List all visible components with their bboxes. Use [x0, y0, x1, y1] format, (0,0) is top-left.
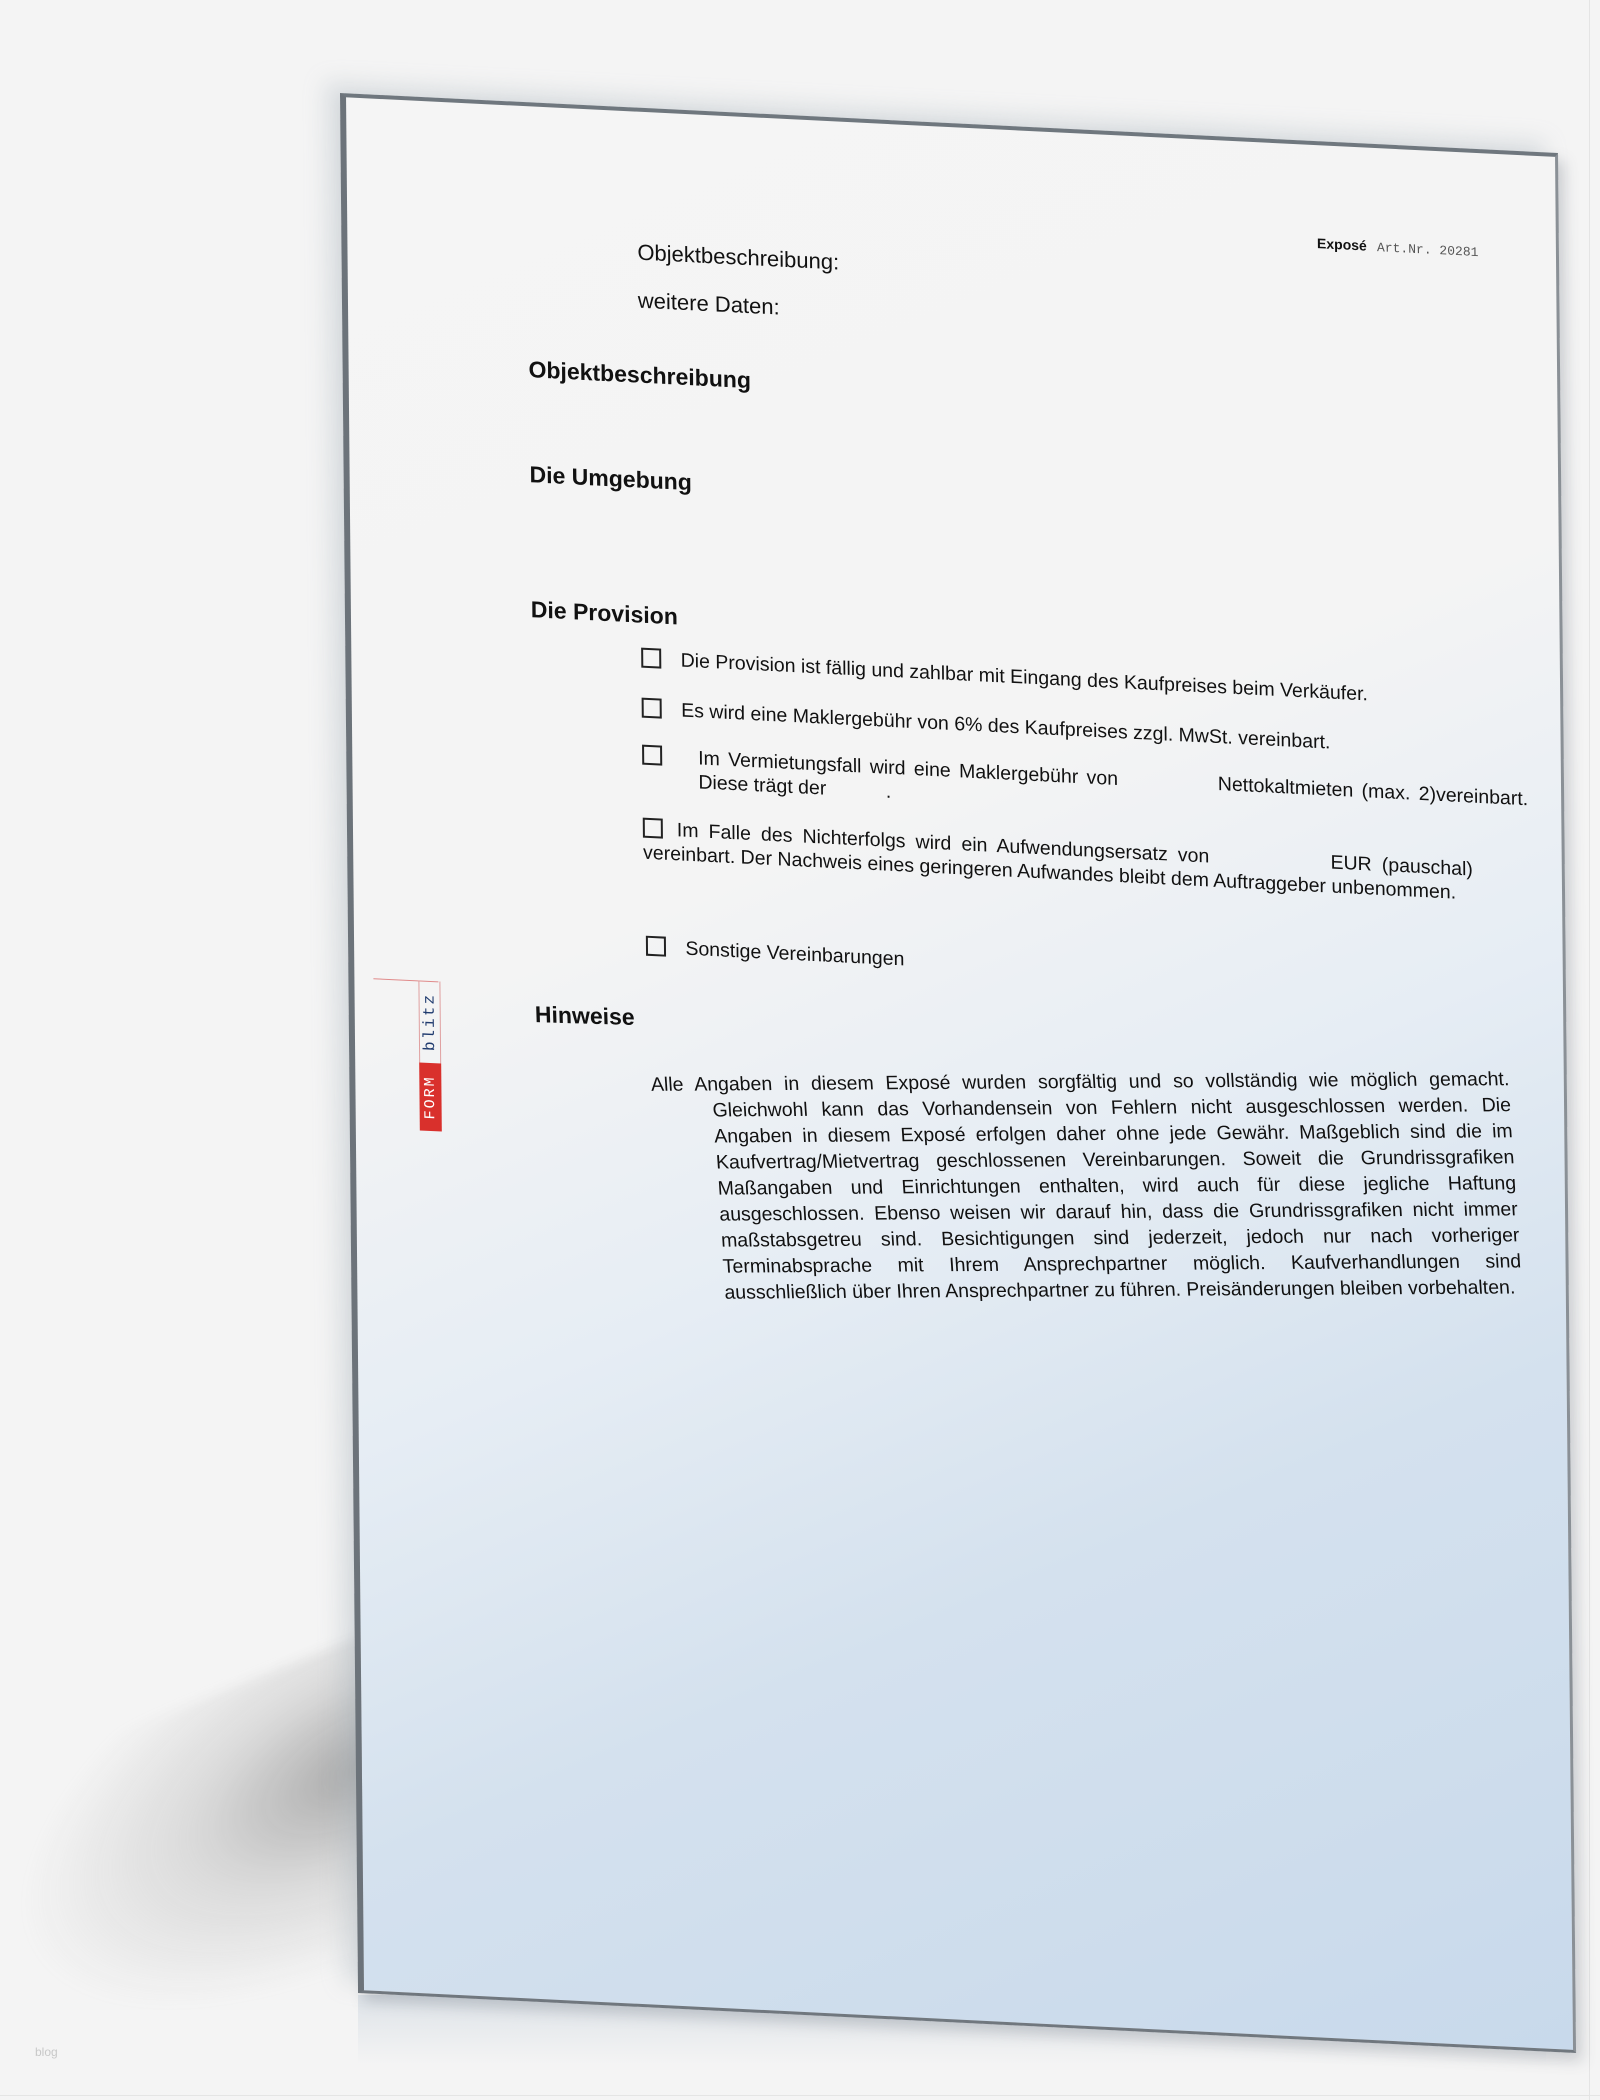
frame-border-right	[1589, 0, 1590, 2100]
option-label: Es wird eine Maklergebühr von 6% des Kau…	[681, 700, 1330, 754]
watermark-text: blog	[35, 2045, 58, 2059]
section-heading-hinweise: Hinweise	[535, 1001, 635, 1031]
section-heading-umgebung: Die Umgebung	[529, 461, 692, 496]
checkbox[interactable]	[643, 818, 663, 839]
article-number: Art.Nr. 20281	[1377, 240, 1479, 260]
provision-option-5: Sonstige Vereinbarungen	[646, 935, 1476, 1000]
option-label: Im Falle des Nichterfolgs wird ein Aufwe…	[643, 819, 1478, 903]
hinweise-paragraph: Alle Angaben in diesem Exposé wurden sor…	[650, 1066, 1523, 1306]
page-drop-shadow	[20, 1627, 380, 2100]
provision-option-4: Im Falle des Nichterfolgs wird ein Aufwe…	[643, 817, 1473, 906]
logo-form: FORM	[419, 1062, 442, 1131]
frame-border-bottom	[0, 2095, 1600, 2096]
section-heading-provision: Die Provision	[531, 596, 678, 630]
option-label: Die Provision ist fällig und zahlbar mit…	[681, 650, 1368, 706]
formblitz-logo: blitz FORM	[418, 980, 441, 1131]
document-title: Exposé	[1317, 235, 1367, 253]
document-page: Exposé Art.Nr. 20281 Objektbeschreibung:…	[340, 93, 1576, 2053]
field-label-weitere-daten: weitere Daten:	[638, 288, 780, 321]
hinweise-text: Alle Angaben in diesem Exposé wurden sor…	[650, 1066, 1523, 1306]
logo-blitz: blitz	[418, 980, 441, 1063]
section-heading-objektbeschreibung: Objektbeschreibung	[528, 356, 751, 394]
checkbox[interactable]	[641, 648, 661, 669]
option-label: Sonstige Vereinbarungen	[685, 938, 904, 971]
checkbox[interactable]	[642, 745, 662, 766]
field-label-objektbeschreibung: Objektbeschreibung:	[637, 240, 839, 276]
checkbox[interactable]	[642, 698, 662, 719]
checkbox[interactable]	[646, 936, 666, 957]
